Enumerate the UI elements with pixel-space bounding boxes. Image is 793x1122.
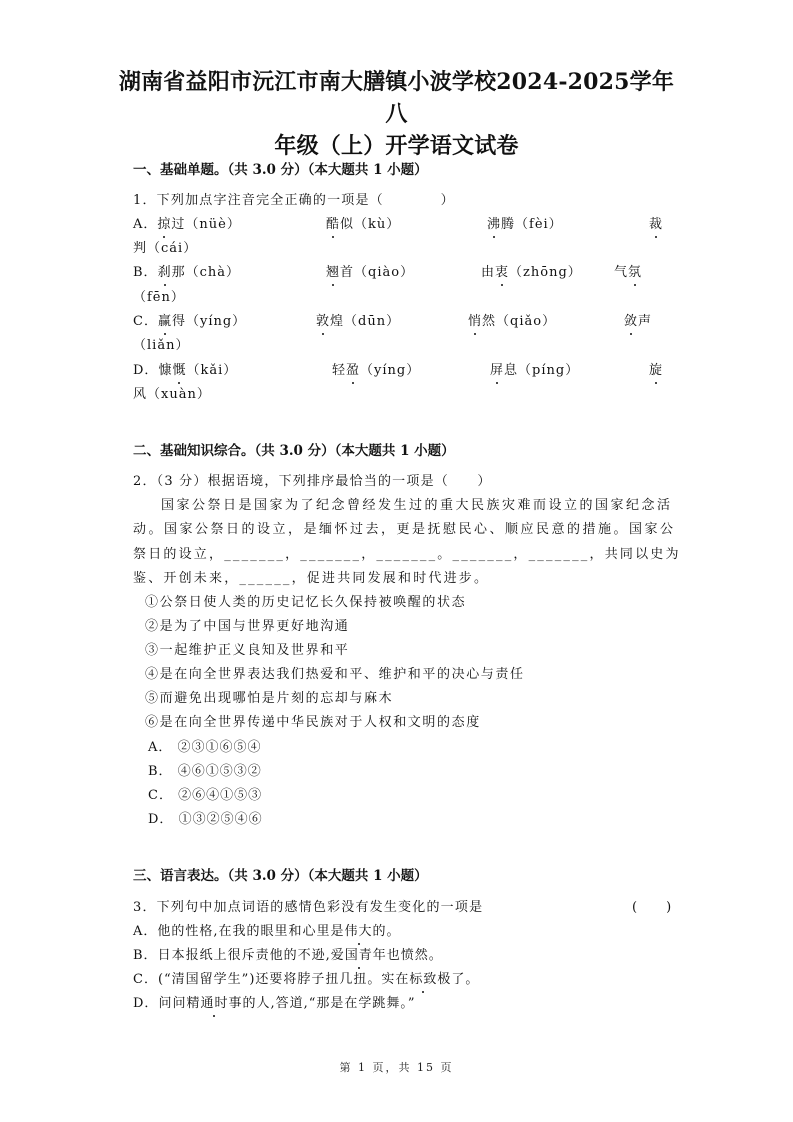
q1-option-d-1: D．慷慨（kǎi） [133,362,237,380]
document-title: 湖南省益阳市沅江市南大膳镇小波学校2024-2025学年八 年级（上）开学语文试… [110,66,683,162]
q2-passage-line-4: 鉴、开创未来，______，促进共同发展和时代进步。 [133,570,489,588]
q2-passage-line-2: 动。国家公祭日的设立，是缅怀过去，更是抚慰民心、顺应民意的措施。国家公 [133,521,676,539]
q1-option-a-wrap: 判（cái） [133,240,197,258]
q2-passage-line-1: 国家公祭日是国家为了纪念曾经发生过的重大民族灾难而设立的国家纪念活 [161,497,673,515]
q2-option-b: B． ④⑥①⑤③② [148,763,262,781]
q2-sentence-3: ③一起维护正义良知及世界和平 [145,642,349,660]
exam-page: 湖南省益阳市沅江市南大膳镇小波学校2024-2025学年八 年级（上）开学语文试… [0,0,793,1122]
q2-sentence-2: ②是为了中国与世界更好地沟通 [145,618,349,636]
q1-option-a-1: A．掠过（nüè） [133,216,241,234]
q1-option-c-4: 敛声 [624,313,652,331]
section-2-heading: 二、基础知识综合。（共 3.0 分）（本大题共 1 小题） [133,442,455,460]
q1-option-c-1: C．赢得（yíng） [133,313,246,331]
q2-sentence-4: ④是在向全世界表达我们热爱和平、维护和平的决心与责任 [145,666,525,684]
q1-option-a-2: 酷似（kù） [326,216,400,234]
q2-option-c: C． ②⑥④①⑤③ [148,787,262,805]
q3-option-c: C．(“清国留学生”)还要将脖子扭几扭。实在标致极了。 [133,971,479,989]
q2-sentence-1: ①公祭日使人类的历史记忆长久保持被唤醒的状态 [145,594,466,612]
q2-option-a: A． ②③①⑥⑤④ [148,739,262,757]
question-3-stem: 3．下列句中加点词语的感情色彩没有发生变化的一项是 [133,899,483,917]
q1-option-b-1: B．刹那（chà） [133,264,240,282]
q1-option-d-wrap: 风（xuàn） [133,386,211,404]
section-1-heading: 一、基础单题。（共 3.0 分）（本大题共 1 小题） [133,161,428,179]
question-3-answer-bracket: ( ) [632,899,672,917]
q2-sentence-6: ⑥是在向全世界传递中华民族对于人权和文明的态度 [145,714,481,732]
q1-option-b-4: 气氛 [614,264,642,282]
question-2-stem: 2．（3 分）根据语境，下列排序最恰当的一项是（ ） [133,473,492,491]
title-line-1: 湖南省益阳市沅江市南大膳镇小波学校2024-2025学年八 [110,66,683,130]
q2-passage-line-3: 祭日的设立，_______，_______，_______。_______，__… [133,546,681,564]
q1-option-d-2: 轻盈（yíng） [332,362,420,380]
page-footer: 第 1 页，共 15 页 [0,1059,793,1075]
section-3-heading: 三、语言表达。（共 3.0 分）（本大题共 1 小题） [133,867,428,885]
q1-option-b-wrap: （fēn） [133,289,185,307]
q2-sentence-5: ⑤而避免出现哪怕是片刻的忘却与麻木 [145,690,393,708]
q1-option-b-2: 翘首（qiào） [326,264,414,282]
q1-option-d-3: 屏息（píng） [490,362,579,380]
q1-option-c-2: 敦煌（dūn） [316,313,400,331]
q3-option-b: B．日本报纸上很斥责他的不逊,爱国青年也愤然。 [133,947,443,965]
q1-option-b-3: 由衷（zhōng） [481,264,582,282]
question-1-stem: 1．下列加点字注音完全正确的一项是（ ） [133,192,455,210]
q3-option-a: A．他的性格,在我的眼里和心里是伟大的。 [133,923,401,941]
title-line-2: 年级（上）开学语文试卷 [110,130,683,162]
q1-option-c-3: 悄然（qiǎo） [468,313,556,331]
q2-option-d: D． ①③②⑤④⑥ [148,811,263,829]
q3-option-d: D．问问精通时事的人,答道,“那是在学跳舞。” [133,995,416,1013]
q1-option-a-4: 裁 [649,216,663,234]
q1-option-c-wrap: （liǎn） [133,337,189,355]
q1-option-a-3: 沸腾（fèi） [487,216,563,234]
q1-option-d-4: 旋 [649,362,663,380]
